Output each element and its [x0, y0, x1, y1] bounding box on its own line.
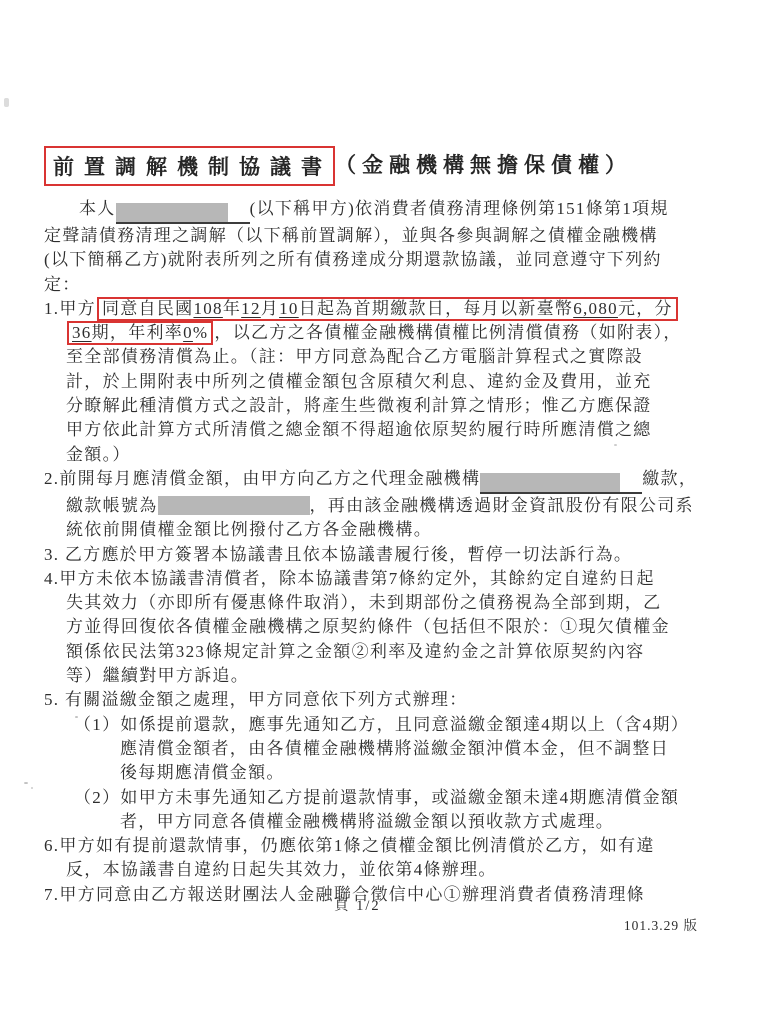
text-run: 額係依民法第323條規定計算之金額②利率及違約金之計算依原契約內容: [66, 642, 644, 661]
text-run: 應清償金額者，由各債權金融機構將溢繳金額沖償本金，但不調整日: [120, 739, 669, 758]
document-line: 者，甲方同意各債權金融機構將溢繳金額以預收款方式處理。: [120, 810, 728, 834]
text-run: 4.甲方未依本協議書清償者，除本協議書第7條約定外，其餘約定自違約日起: [44, 569, 655, 588]
document-line: 反，本協議書自違約日起失其效力，並依第4條辦理。: [66, 858, 728, 882]
redaction-box: [480, 473, 620, 492]
scan-speck: [31, 787, 33, 789]
text-run: 統依前開債權金額比例撥付乙方各金融機構。: [66, 520, 432, 539]
document-content: 前置調解機制協議書（金融機構無擔保債權） 本人(以下稱甲方)依消費者債務清理條例…: [44, 146, 728, 907]
text-run: (以下稱甲方)依消費者債務清理條例第151條第1項規: [250, 199, 669, 218]
text-run: 定聲請債務清理之調解（以下稱前置調解），並與各參與調解之債權金融機構: [44, 226, 658, 245]
title-paren-text: （金融機構無擔保債權）: [335, 153, 632, 177]
text-run: %: [193, 323, 208, 342]
text-run: 期，年利率: [92, 323, 184, 342]
text-run: 元，分: [618, 299, 673, 318]
text-run: 至全部債務清償為止。（註：甲方同意為配合乙方電腦計算程式之實際設: [66, 347, 643, 366]
document-body: 本人(以下稱甲方)依消費者債務清理條例第151條第1項規定聲請債務清理之調解（以…: [44, 197, 728, 907]
text-run: 者，甲方同意各債權金融機構將溢繳金額以預收款方式處理。: [120, 812, 614, 831]
text-run: 甲方依此計算方式所清償之總金額不得超逾依原契約履行時所應清償之總: [66, 420, 652, 439]
document-line: 失其效力（亦即所有優惠條件取消），未到期部份之債務視為全部到期，乙: [66, 591, 728, 615]
title-highlight-box: 前置調解機制協議書: [44, 146, 335, 186]
document-line: 5. 有關溢繳金額之處理，甲方同意依下列方式辦理：: [44, 688, 728, 712]
document-line: 至全部債務清償為止。（註：甲方同意為配合乙方電腦計算程式之實際設: [66, 345, 728, 369]
text-run: 繳款，: [642, 469, 697, 488]
document-line: 等）繼續對甲方訴追。: [66, 664, 728, 688]
document-title: 前置調解機制協議書（金融機構無擔保債權）: [44, 146, 728, 186]
redaction-box: [116, 203, 228, 222]
highlight-box: 36期，年利率0%: [67, 321, 213, 345]
scan-speck: [75, 716, 78, 718]
document-line: 統依前開債權金額比例撥付乙方各金融機構。: [66, 518, 728, 542]
document-line: 方並得回復依各債權金融機構之原契約條件（包括但不限於：①現欠債權金: [66, 615, 728, 639]
text-run: 日起為首期繳款日，每月以新臺幣: [299, 299, 574, 318]
text-run: 繳款帳號為: [66, 496, 158, 515]
document-line: 6.甲方如有提前還款情事，仍應依第1條之債權金額比例清償於乙方，如有違: [44, 834, 728, 858]
underlined-value: 0: [183, 323, 193, 342]
redaction-underline: [116, 203, 250, 224]
document-line: 3. 乙方應於甲方簽署本協議書且依本協議書履行後，暫停一切法訴行為。: [44, 543, 728, 567]
text-run: 分瞭解此種清償方式之設計，將產生些微複利計算之情形；惟乙方應保證: [66, 396, 652, 415]
text-run: （1）如係提前還款，應事先通知乙方，且同意溢繳金額達4期以上（含4期）: [74, 715, 689, 734]
scan-speck: [4, 98, 9, 107]
scan-speck: [24, 782, 28, 784]
underlined-value: 6,080: [573, 299, 618, 318]
title-boxed-text: 前置調解機制協議書: [53, 155, 332, 179]
text-run: 金額。）: [66, 445, 131, 464]
document-line: 定聲請債務清理之調解（以下稱前置調解），並與各參與調解之債權金融機構: [44, 224, 728, 248]
underlined-value: 108: [193, 299, 222, 318]
text-run: 6.甲方如有提前還款情事，仍應依第1條之債權金額比例清償於乙方，如有違: [44, 836, 655, 855]
document-line: 分瞭解此種清償方式之設計，將產生些微複利計算之情形；惟乙方應保證: [66, 394, 728, 418]
highlight-box: 同意自民國108年12月10日起為首期繳款日，每月以新臺幣6,080元，分: [97, 297, 678, 321]
text-run: 2.前開每月應清償金額，由甲方向乙方之代理金融機構: [44, 469, 480, 488]
text-run: ，再由該金融機構透過財金資訊股份有限公司系: [310, 496, 694, 515]
document-line: 7.甲方同意由乙方報送財團法人金融聯合徵信中心①辦理消費者債務清理條: [44, 883, 728, 907]
text-run: 年: [223, 299, 241, 318]
underlined-value: 12: [241, 299, 261, 318]
text-run: （2）如甲方未事先通知乙方提前還款情事，或溢繳金額未達4期應清償金額: [74, 788, 679, 807]
redaction-box: [158, 496, 310, 515]
document-line: 2.前開每月應清償金額，由甲方向乙方之代理金融機構繳款，: [44, 467, 728, 494]
document-line: 額係依民法第323條規定計算之金額②利率及違約金之計算依原契約內容: [66, 640, 728, 664]
document-line: 應清償金額者，由各債權金融機構將溢繳金額沖償本金，但不調整日: [120, 737, 728, 761]
text-run: 本人: [79, 199, 116, 218]
text-run: 反，本協議書自違約日起失其效力，並依第4條辦理。: [66, 860, 497, 879]
document-line: （2）如甲方未事先通知乙方提前還款情事，或溢繳金額未達4期應清償金額: [74, 786, 728, 810]
document-line: 金額。）: [66, 443, 728, 467]
text-run: 同意自民國: [102, 299, 194, 318]
text-run: 1.甲方: [44, 299, 96, 318]
text-run: 3. 乙方應於甲方簽署本協議書且依本協議書履行後，暫停一切法訴行為。: [44, 545, 632, 564]
document-line: 繳款帳號為，再由該金融機構透過財金資訊股份有限公司系: [66, 494, 728, 518]
underlined-value: 36: [72, 323, 92, 342]
text-run: ，以乙方之各債權金融機構債權比例清償債務（如附表），: [214, 323, 681, 342]
version-label: 101.3.29 版: [624, 914, 698, 934]
redaction-underline: [480, 473, 642, 494]
text-run: 月: [261, 299, 279, 318]
document-line: 計，於上開附表中所列之債權金額包含原積欠利息、違約金及費用，並充: [66, 370, 728, 394]
scanned-document-page: 前置調解機制協議書（金融機構無擔保債權） 本人(以下稱甲方)依消費者債務清理條例…: [0, 0, 768, 1024]
document-line: 4.甲方未依本協議書清償者，除本協議書第7條約定外，其餘約定自違約日起: [44, 567, 728, 591]
text-run: 方並得回復依各債權金融機構之原契約條件（包括但不限於：①現欠債權金: [66, 617, 670, 636]
text-run: 定：: [44, 275, 81, 294]
document-line: 36期，年利率0%，以乙方之各債權金融機構債權比例清償債務（如附表），: [66, 321, 728, 345]
scan-speck: [614, 444, 617, 446]
text-run: 等）繼續對甲方訴追。: [66, 666, 249, 685]
document-line: 1.甲方同意自民國108年12月10日起為首期繳款日，每月以新臺幣6,080元，…: [44, 297, 728, 321]
document-line: 後每期應清償金額。: [120, 761, 728, 785]
text-run: 計，於上開附表中所列之債權金額包含原積欠利息、違約金及費用，並充: [66, 372, 652, 391]
text-run: 5. 有關溢繳金額之處理，甲方同意依下列方式辦理：: [44, 690, 468, 709]
document-line: (以下簡稱乙方)就附表所列之所有債務達成分期還款協議，並同意遵守下列約: [44, 248, 728, 272]
document-line: 本人(以下稱甲方)依消費者債務清理條例第151條第1項規: [79, 197, 728, 224]
document-line: 甲方依此計算方式所清償之總金額不得超逾依原契約履行時所應清償之總: [66, 418, 728, 442]
text-run: 失其效力（亦即所有優惠條件取消），未到期部份之債務視為全部到期，乙: [66, 593, 661, 612]
underlined-value: 10: [279, 299, 299, 318]
text-run: (以下簡稱乙方)就附表所列之所有債務達成分期還款協議，並同意遵守下列約: [44, 250, 662, 269]
text-run: 後每期應清償金額。: [120, 763, 285, 782]
page-number: 頁 1/2: [334, 894, 381, 915]
document-line: 定：: [44, 273, 728, 297]
document-line: （1）如係提前還款，應事先通知乙方，且同意溢繳金額達4期以上（含4期）: [74, 713, 728, 737]
